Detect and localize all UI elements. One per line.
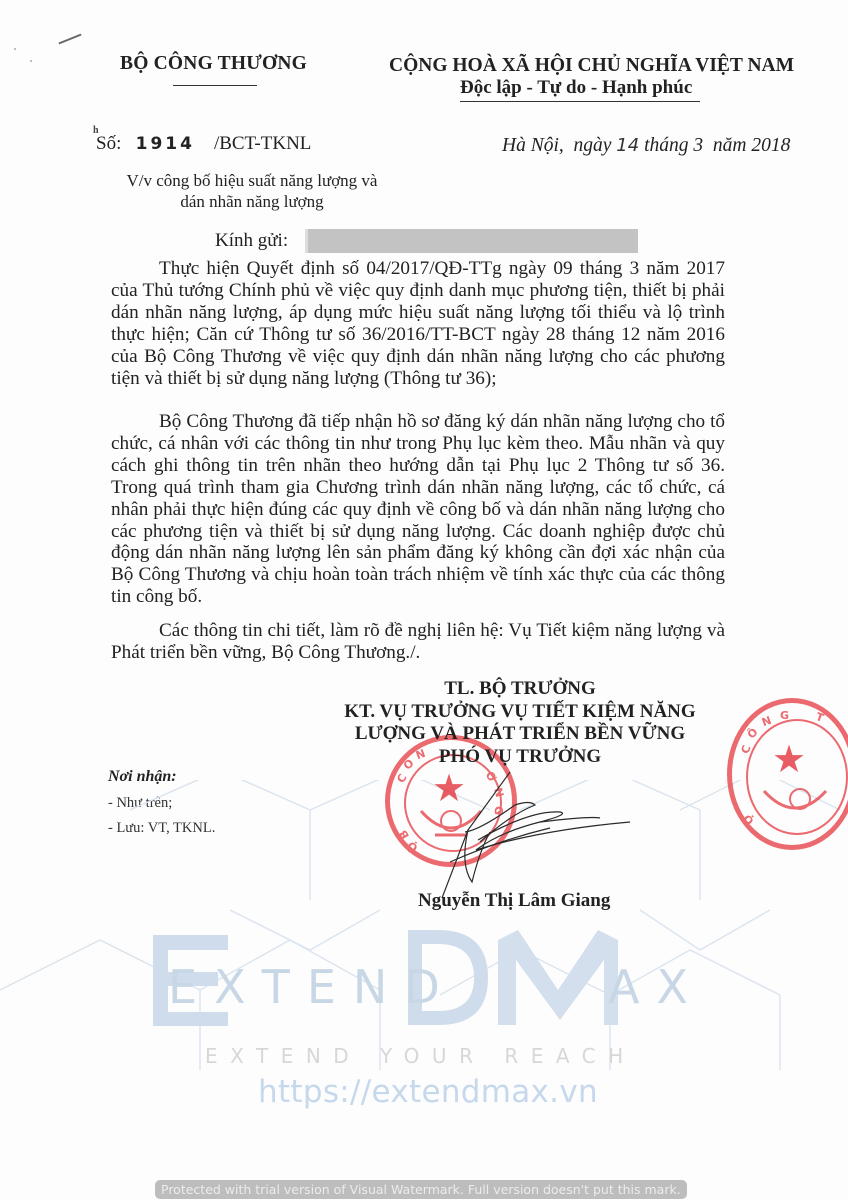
issue-date: Hà Nội, ngày 14 tháng 3 năm 2018: [502, 135, 790, 157]
emblem-icon: [760, 785, 830, 825]
ministry-underline: [173, 85, 257, 86]
recipient-label: Kính gửi:: [215, 230, 288, 252]
star-icon: ★: [772, 741, 806, 779]
national-title: CỘNG HOÀ XÃ HỘI CHỦ NGHĨA VIỆT NAM: [389, 55, 794, 77]
motto-underline: [460, 101, 700, 102]
body-paragraph-2: Bộ Công Thương đã tiếp nhận hồ sơ đăng k…: [111, 411, 725, 608]
watermark-url: https://extendmax.vn: [258, 1074, 598, 1110]
document-number-prefix: Số:: [96, 133, 121, 154]
body-paragraph-3: Các thông tin chi tiết, làm rõ đề nghị l…: [111, 620, 725, 664]
document-number-suffix: /BCT-TKNL: [214, 133, 311, 154]
official-seal-stamp-partial: ★ C Ô N G T Ộ: [727, 698, 848, 850]
signature-title-block: TL. BỘ TRƯỞNG KT. VỤ TRƯỞNG VỤ TIẾT KIỆM…: [310, 678, 730, 768]
document-number-value: 1914: [136, 134, 195, 154]
document-number: Số: 1914 /BCT-TKNL: [96, 133, 311, 155]
redacted-recipient: [305, 229, 638, 253]
national-motto: Độc lập - Tự do - Hạnh phúc: [460, 77, 692, 99]
handwritten-day: 14: [616, 135, 639, 156]
scan-artifact: [58, 34, 81, 45]
handwritten-signature: [420, 770, 660, 900]
watermark-brand: EXTEND AX: [108, 930, 718, 1034]
issuing-ministry: BỘ CÔNG THƯƠNG: [120, 53, 307, 75]
scan-artifact: [14, 48, 16, 50]
document-subject: V/v công bố hiệu suất năng lượng và dán …: [124, 170, 380, 212]
trial-watermark-notice: Protected with trial version of Visual W…: [155, 1180, 687, 1199]
watermark-brand-right: AX: [608, 960, 705, 1014]
watermark-brand-left: EXTEND: [168, 960, 457, 1014]
scan-artifact: [30, 60, 32, 62]
body-paragraph-1: Thực hiện Quyết định số 04/2017/QĐ-TTg n…: [111, 258, 725, 389]
watermark-tagline: EXTEND YOUR REACH: [205, 1044, 636, 1068]
